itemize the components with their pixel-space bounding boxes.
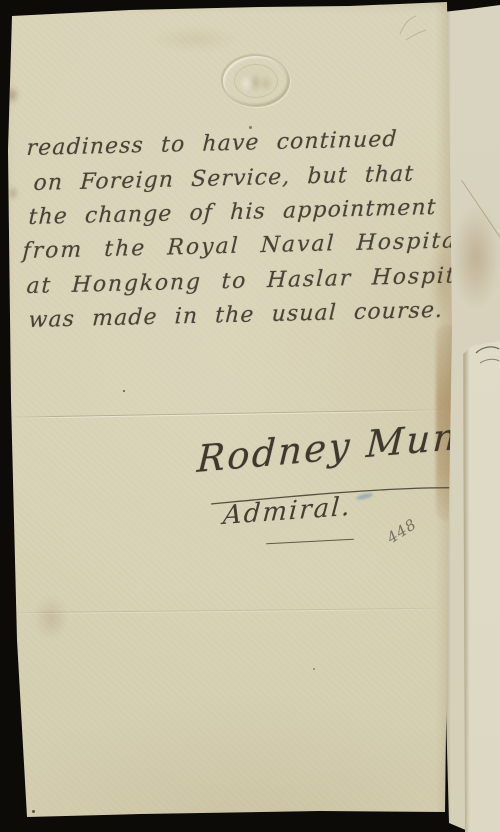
seal-crest-detail xyxy=(234,64,278,98)
ink-speck xyxy=(32,810,35,813)
stain xyxy=(34,596,68,640)
ink-speck xyxy=(249,126,252,129)
ink-speck xyxy=(123,390,125,392)
stain xyxy=(5,86,19,104)
stain xyxy=(452,205,500,310)
stain xyxy=(150,26,240,52)
embossed-crest-seal-icon xyxy=(222,55,290,107)
partial-writing-fragment xyxy=(470,343,500,379)
ink-speck xyxy=(313,668,315,670)
scanned-letter: readiness to have continued on Foreign S… xyxy=(0,0,500,832)
pencil-scribble xyxy=(392,12,436,48)
letter-page: readiness to have continued on Foreign S… xyxy=(0,0,500,832)
stain xyxy=(8,186,18,200)
